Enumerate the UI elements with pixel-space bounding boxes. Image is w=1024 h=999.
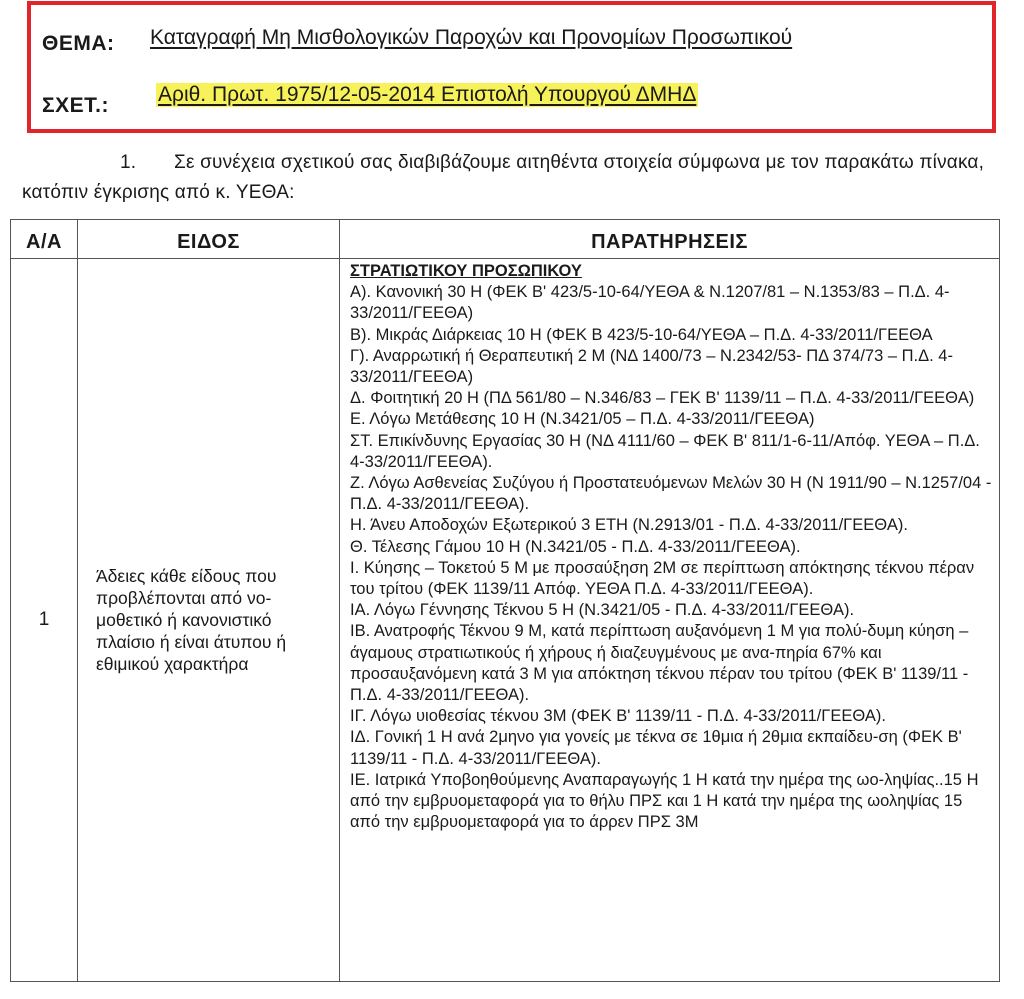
remark-item: Α). Κανονική 30 Η (ΦΕΚ Β' 423/5-10-64/ΥΕ… <box>350 282 993 324</box>
remark-item: Γ). Αναρρωτική ή Θεραπευτική 2 Μ (ΝΔ 140… <box>350 346 993 388</box>
remark-item: ΙΓ. Λόγω υιοθεσίας τέκνου 3Μ (ΦΕΚ Β' 113… <box>350 706 993 727</box>
remark-item: Ε. Λόγω Μετάθεσης 10 Η (Ν.3421/05 – Π.Δ.… <box>350 409 993 430</box>
remark-item: ΣΤ. Επικίνδυνης Εργασίας 30 Η (ΝΔ 4111/6… <box>350 431 993 473</box>
remark-item: Δ. Φοιτητική 20 Η (ΠΔ 561/80 – Ν.346/83 … <box>350 388 993 409</box>
remark-item: Θ. Τέλεσης Γάμου 10 Η (Ν.3421/05 - Π.Δ. … <box>350 537 993 558</box>
reference-value: Αριθ. Πρωτ. 1975/12-05-2014 Επιστολή Υπο… <box>156 83 698 107</box>
subject-label: ΘΕΜΑ: <box>42 32 115 56</box>
table-header-row: Α/Α ΕΙΔΟΣ ΠΑΡΑΤΗΡΗΣΕΙΣ <box>11 220 1000 259</box>
remark-item: Η. Άνευ Αποδοχών Εξωτερικού 3 ΕΤΗ (Ν.291… <box>350 515 993 536</box>
reference-label: ΣΧΕΤ.: <box>42 94 109 118</box>
highlight-frame <box>27 1 996 133</box>
row-type: Άδειες κάθε είδους που προβλέπονται από … <box>78 259 340 982</box>
benefits-table: Α/Α ΕΙΔΟΣ ΠΑΡΑΤΗΡΗΣΕΙΣ 1 Άδειες κάθε είδ… <box>10 219 1000 982</box>
remarks-title: ΣΤΡΑΤΙΩΤΙΚΟΥ ΠΡΟΣΩΠΙΚΟΥ <box>350 261 993 282</box>
header-remarks: ΠΑΡΑΤΗΡΗΣΕΙΣ <box>340 220 1000 259</box>
remark-item: Ι. Κύησης – Τοκετού 5 Μ με προσαύξηση 2Μ… <box>350 558 993 600</box>
header-eidos: ΕΙΔΟΣ <box>78 220 340 259</box>
remark-item: ΙΔ. Γονική 1 Η ανά 2μηνο για γονείς με τ… <box>350 727 993 769</box>
intro-paragraph: 1.Σε συνέχεια σχετικού σας διαβιβάζουμε … <box>22 148 997 208</box>
remark-item: Ζ. Λόγω Ασθενείας Συζύγου ή Προστατευόμε… <box>350 473 993 515</box>
remark-item: Β). Μικράς Διάρκειας 10 Η (ΦΕΚ Β 423/5-1… <box>350 325 993 346</box>
table-row: 1 Άδειες κάθε είδους που προβλέπονται απ… <box>11 259 1000 982</box>
row-remarks: ΣΤΡΑΤΙΩΤΙΚΟΥ ΠΡΟΣΩΠΙΚΟΥ Α). Κανονική 30 … <box>340 259 1000 982</box>
remark-item: ΙΑ. Λόγω Γέννησης Τέκνου 5 Η (Ν.3421/05 … <box>350 600 993 621</box>
subject-value: Καταγραφή Μη Μισθολογικών Παροχών και Πρ… <box>150 26 792 50</box>
row-number: 1 <box>11 259 78 982</box>
paragraph-number: 1. <box>120 148 174 178</box>
header-aa: Α/Α <box>11 220 78 259</box>
remarks-list: Α). Κανονική 30 Η (ΦΕΚ Β' 423/5-10-64/ΥΕ… <box>350 282 993 833</box>
remark-item: ΙΒ. Ανατροφής Τέκνου 9 Μ, κατά περίπτωση… <box>350 621 993 706</box>
remark-item: ΙΕ. Ιατρικά Υποβοηθούμενης Αναπαραγωγής … <box>350 770 993 834</box>
